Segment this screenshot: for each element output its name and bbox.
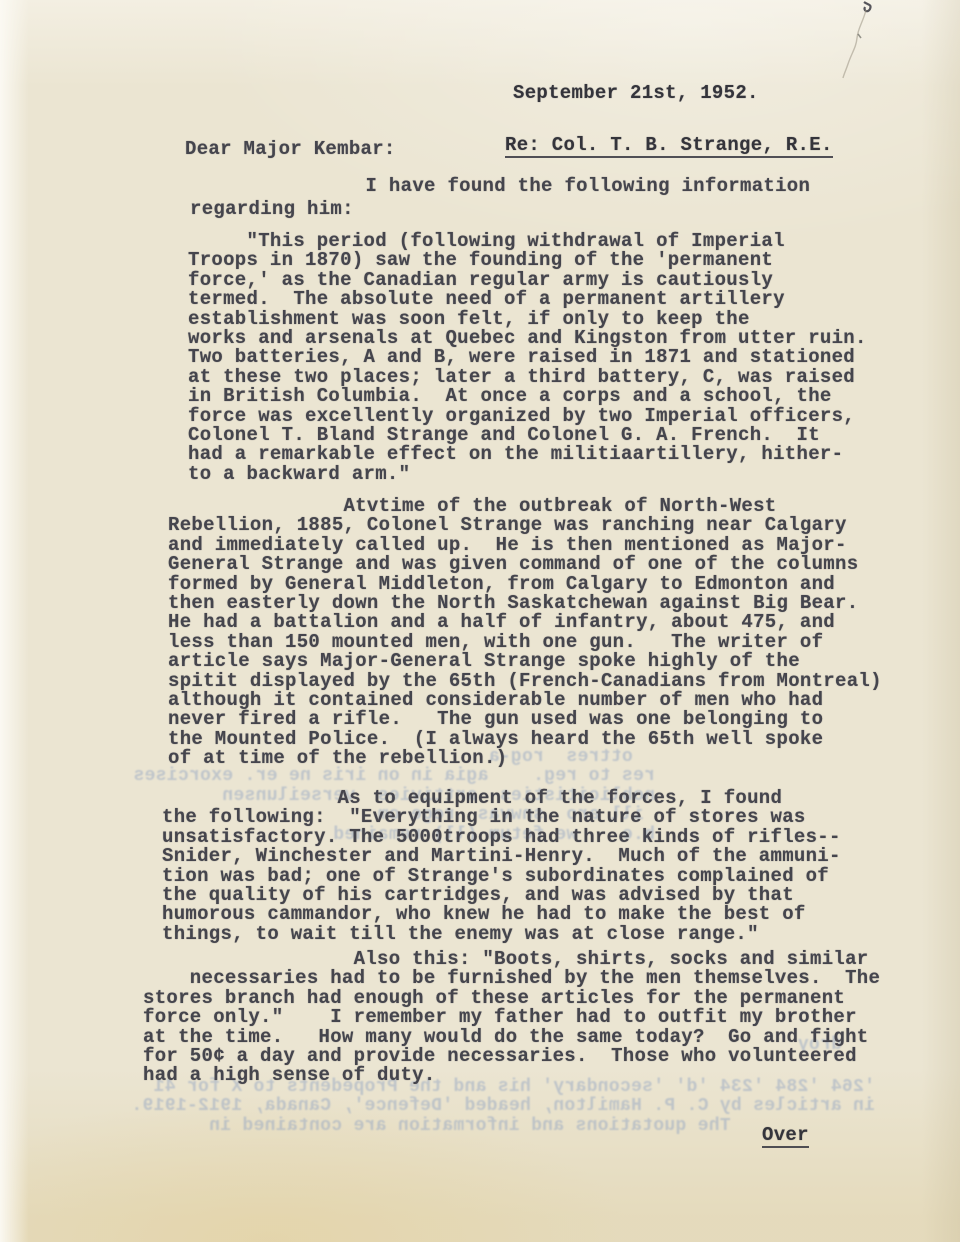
- pen-scribble-mark: [836, 0, 896, 90]
- date-line: September 21st, 1952.: [513, 84, 759, 103]
- quoted-paragraph-1: "This period (following withdrawal of Im…: [188, 232, 867, 484]
- paragraph-3: As to equipment of the forces, I found t…: [162, 789, 841, 944]
- scanned-letter-page: ottres rog-a res to reg. agia in on iris…: [0, 0, 960, 1242]
- salutation: Dear Major Kembar:: [185, 140, 396, 159]
- paragraph-2: Atvtime of the outbreak of North-West Re…: [168, 497, 882, 769]
- over-label: Over: [762, 1126, 809, 1148]
- intro-paragraph: I have found the following information r…: [190, 175, 810, 221]
- paragraph-4: Also this: "Boots, shirts, socks and sim…: [143, 950, 880, 1086]
- subject-line: Re: Col. T. B. Strange, R.E.: [505, 136, 833, 158]
